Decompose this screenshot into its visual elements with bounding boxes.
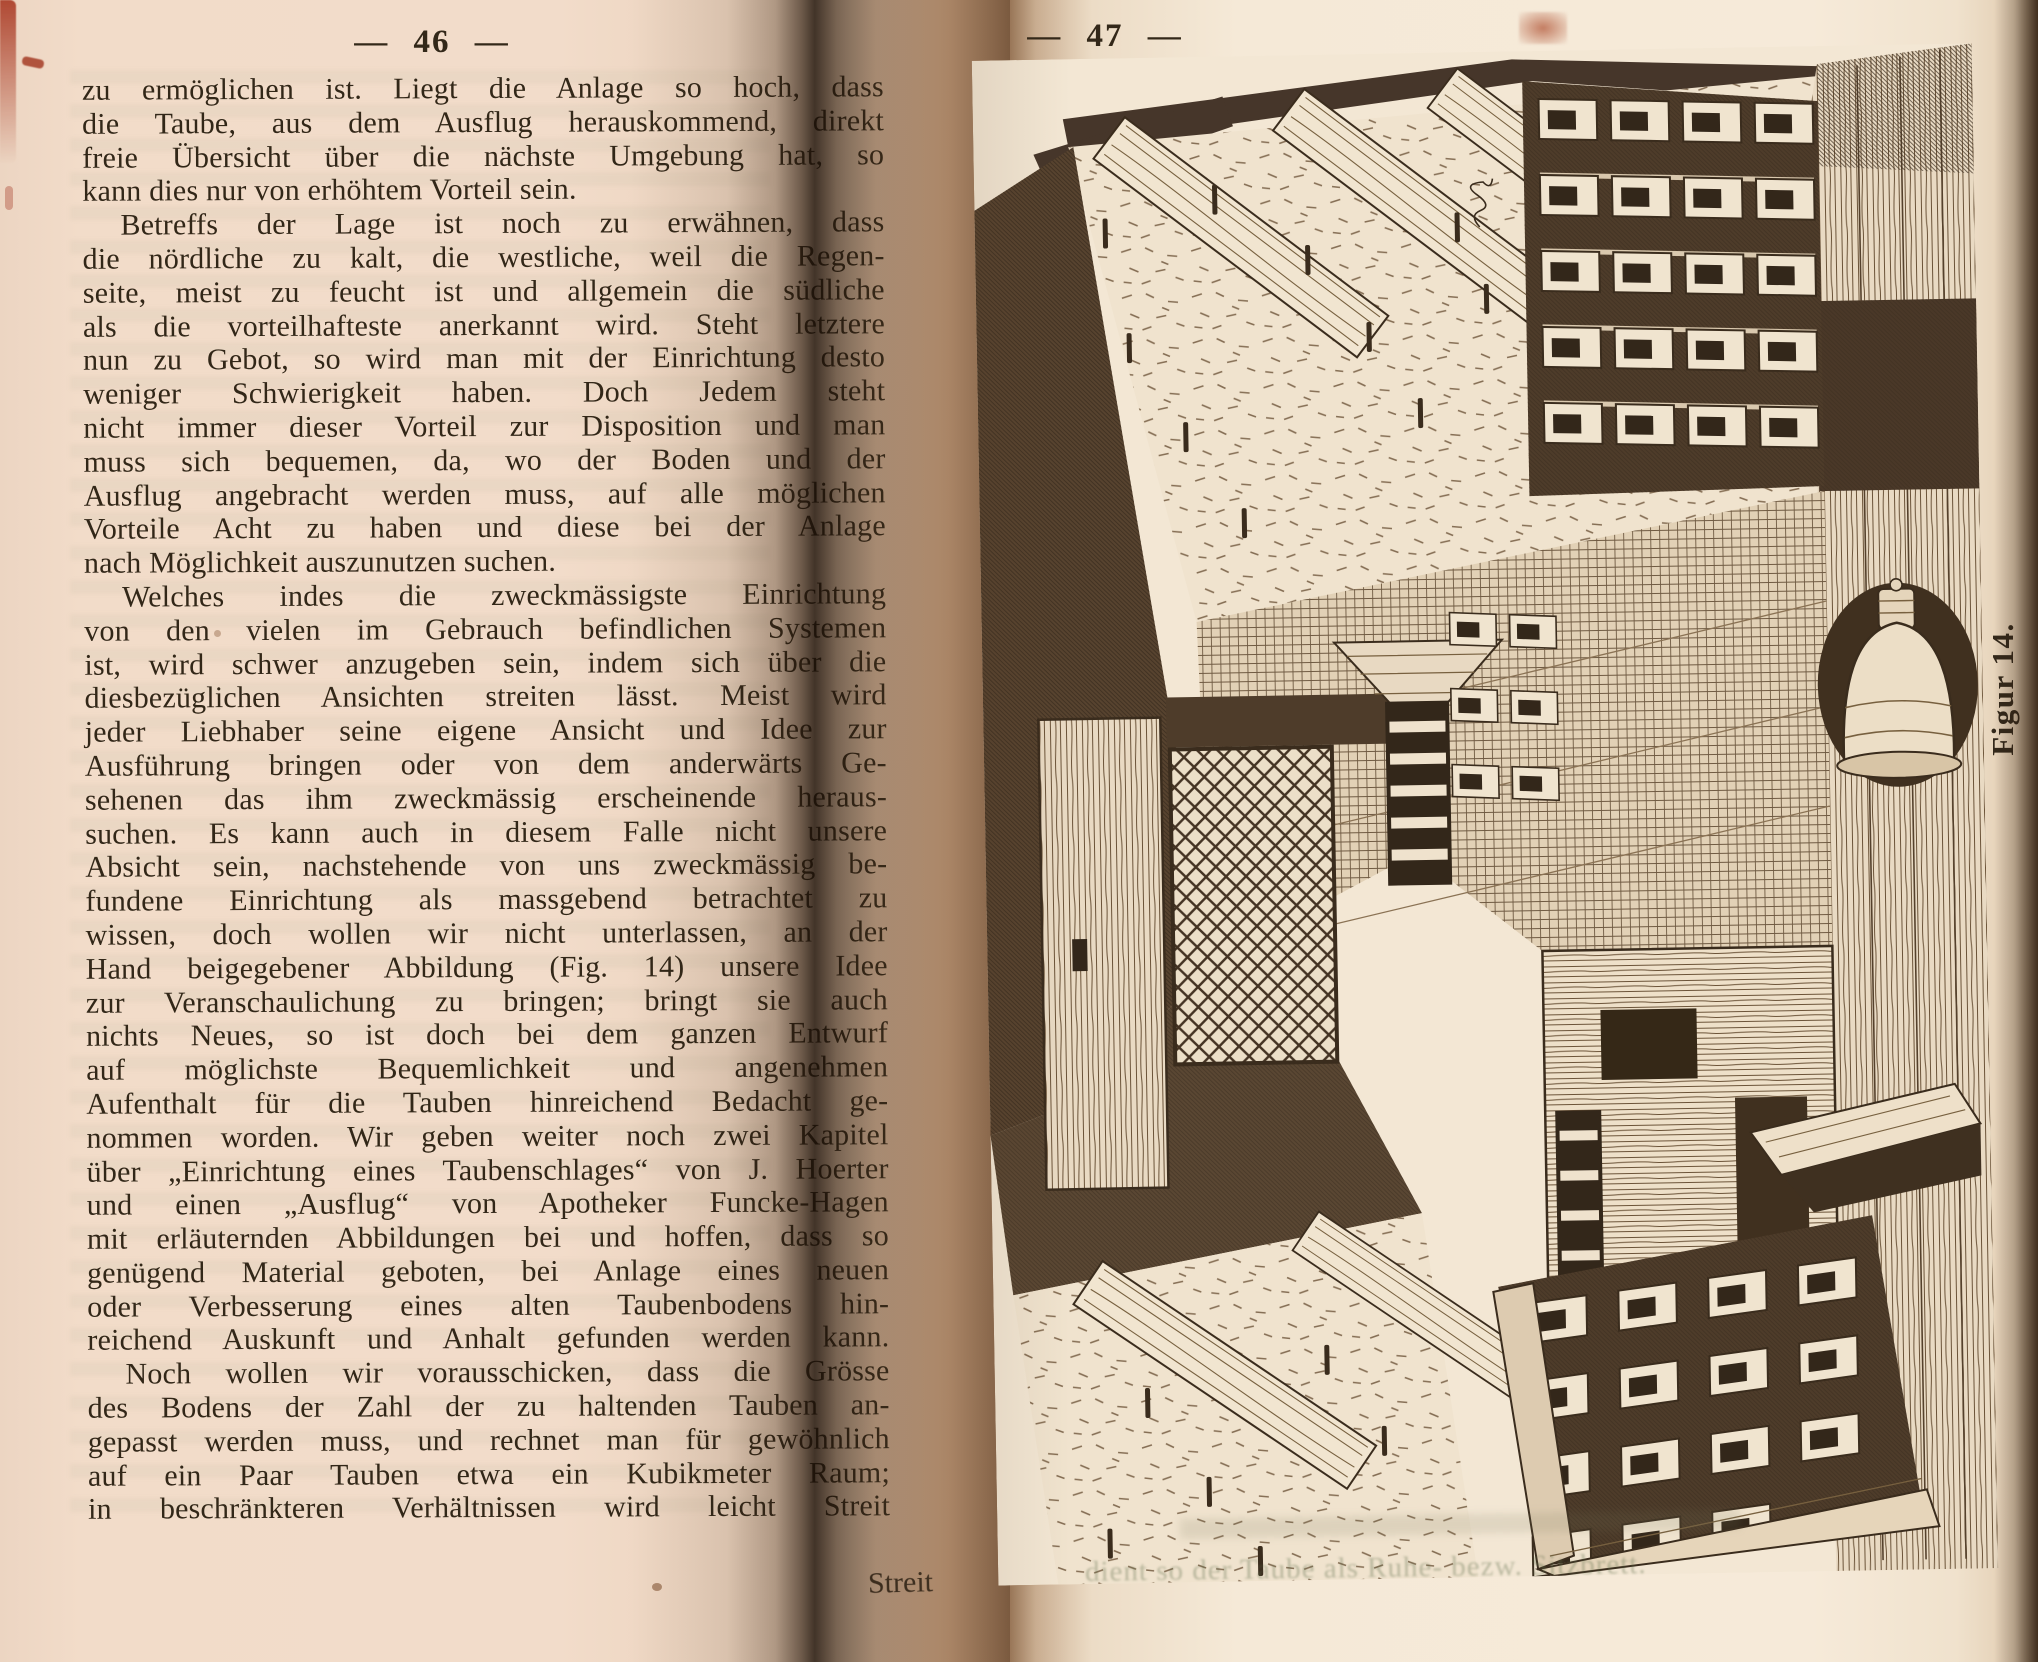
text-line: gepasst werden muss, und rechnet man für…: [88, 1422, 890, 1459]
text-line: ist, wird schwer anzugeben sein, indem s…: [84, 645, 886, 682]
text-line: nicht immer dieser Vorteil zur Dispositi…: [83, 408, 885, 445]
text-line: weniger Schwierigkeit haben. Doch Jedem …: [83, 374, 885, 411]
door-latch: [1072, 939, 1088, 971]
figure-14-engraving: [972, 43, 1998, 1585]
text-line: jeder Liebhaber seine eigene Ansicht und…: [85, 712, 887, 749]
text-line: reichend Auskunft und Anhalt gefunden we…: [87, 1321, 889, 1358]
text-line: auf ein Paar Tauben etwa ein Kubikmeter …: [88, 1456, 890, 1493]
text-line: Aufenthalt für die Tauben hinreichend Be…: [86, 1084, 888, 1121]
gutter-overflow-word: Streit: [868, 1565, 934, 1601]
text-line: zur Veranschaulichung zu bringen; bringt…: [86, 983, 888, 1020]
engraving-svg: [972, 43, 1998, 1585]
text-line: über „Einrichtung eines Taubenschlages“ …: [87, 1152, 889, 1189]
nest-box-grid-top: [1522, 76, 1824, 496]
text-line: auf möglichste Bequemlichkeit und angene…: [86, 1050, 888, 1087]
text-line: suchen. Es kann auch in diesem Falle nic…: [85, 814, 887, 851]
left-page-text: zu ermöglichen ist. Liegt die Anlage so …: [82, 70, 890, 1527]
book-scan: { "scan": { "left_page": { "header": "— …: [0, 0, 2038, 1662]
text-line: muss sich bequemen, da, wo der Boden und…: [83, 442, 885, 479]
text-line: als die vorteilhafteste anerkannt wird. …: [83, 307, 885, 344]
lattice-door: [1170, 747, 1337, 1065]
figure-caption: Figur 14.: [1985, 569, 2027, 809]
text-line: von den vielen im Gebrauch befindlichen …: [84, 611, 886, 648]
text-line: oder Verbesserung eines alten Taubenbode…: [87, 1287, 889, 1324]
text-line: fundene Einrichtung als massgebend betra…: [85, 881, 887, 918]
text-line: Hand beigegebener Abbildung (Fig. 14) un…: [86, 949, 888, 986]
text-line: nach Möglichkeit auszunutzen suchen.: [84, 543, 886, 580]
text-line: die Taube, aus dem Ausflug herauskommend…: [82, 104, 884, 141]
text-line: seite, meist zu feucht ist und allgemein…: [83, 273, 885, 310]
cabin-window: [1600, 1008, 1697, 1080]
text-line: Welches indes die zweckmässigste Einrich…: [84, 577, 886, 614]
text-line: Absicht sein, nachstehende von uns zweck…: [85, 848, 887, 885]
text-line: die nördliche zu kalt, die westliche, we…: [83, 239, 885, 276]
text-line: in beschränkteren Verhältnissen wird lei…: [88, 1490, 890, 1527]
right-page-number: — 47 —: [995, 18, 1215, 55]
text-line: mit erläuternden Abbildungen bei und hof…: [87, 1219, 889, 1256]
text-line: sehenen das ihm zweckmässig erscheinende…: [85, 780, 887, 817]
plank-door: [1038, 718, 1168, 1190]
text-line: freie Übersicht über die nächste Umgebun…: [82, 138, 884, 175]
left-page-number: — 46 —: [332, 24, 532, 61]
text-line: nun zu Gebot, so wird man mit der Einric…: [83, 341, 885, 378]
text-line: Vorteile Acht zu haben und diese bei der…: [84, 510, 886, 547]
text-line: nommen worden. Wir geben weiter noch zwe…: [86, 1118, 888, 1155]
text-line: und einen „Ausflug“ von Apotheker Funcke…: [87, 1186, 889, 1223]
text-line: Betreffs der Lage ist noch zu erwähnen, …: [82, 205, 884, 242]
text-line: genügend Material geboten, bei Anlage ei…: [87, 1253, 889, 1290]
text-line: zu ermöglichen ist. Liegt die Anlage so …: [82, 70, 884, 107]
text-line: wissen, doch wollen wir nicht unterlasse…: [86, 915, 888, 952]
text-line: kann dies nur von erhöhtem Vorteil sein.: [82, 172, 884, 209]
text-line: des Bodens der Zahl der zu haltenden Tau…: [88, 1388, 890, 1425]
text-line: diesbezüglichen Ansichten streiten lässt…: [84, 679, 886, 716]
text-line: Noch wollen wir vorausschicken, dass die…: [87, 1355, 889, 1392]
text-line: nichts Neues, so ist doch bei dem ganzen…: [86, 1017, 888, 1054]
text-line: Ausführung bringen oder von dem anderwär…: [85, 746, 887, 783]
text-line: Ausflug angebracht werden muss, auf alle…: [84, 476, 886, 513]
